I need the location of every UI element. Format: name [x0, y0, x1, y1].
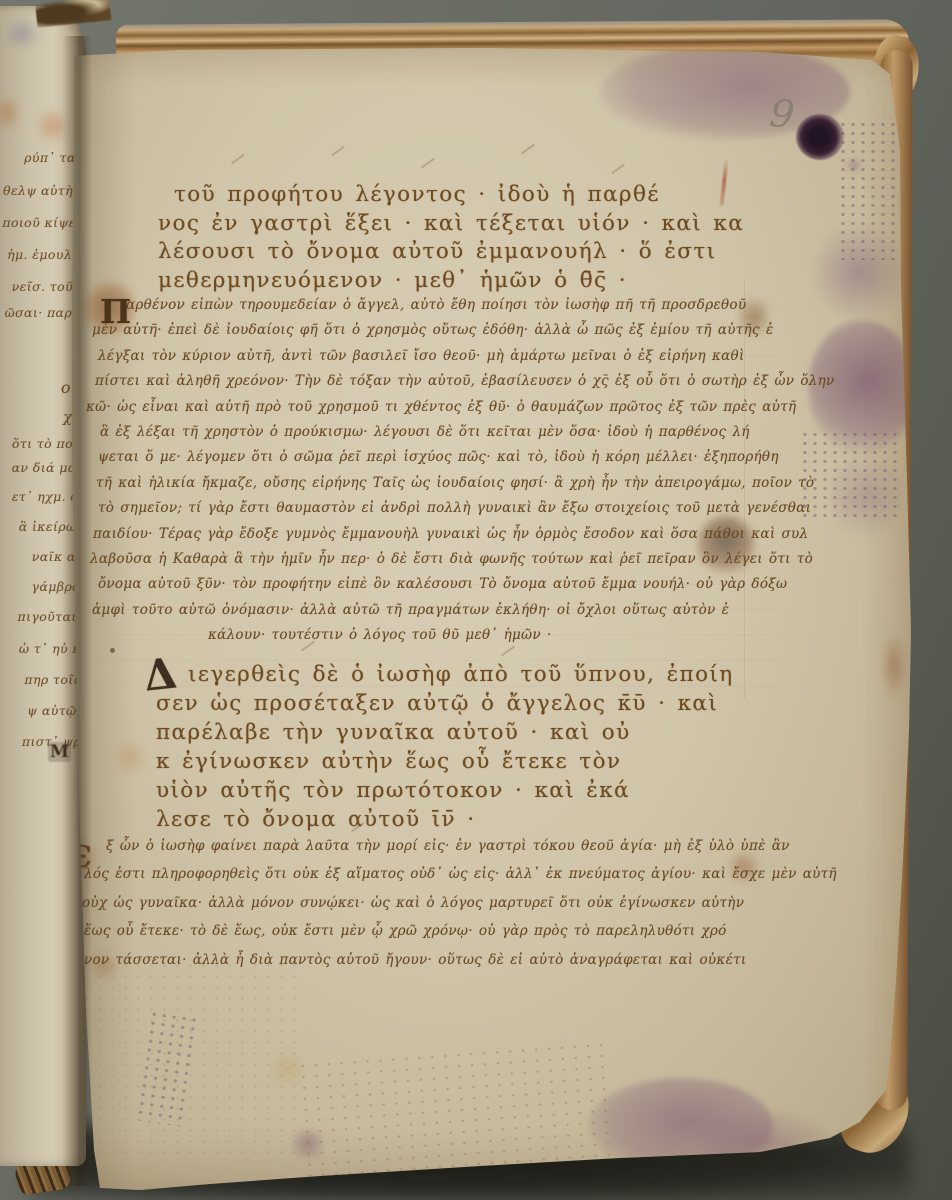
gospel-line: ιεγερθεὶς δὲ ὁ ἰωσὴφ ἀπὸ τοῦ ὕπνου, ἐποί… [188, 660, 734, 689]
show-through-stroke [611, 163, 625, 174]
commentary-line: πίστει καὶ ἀληθῆ χρεόνον· Τὴν δὲ τόξαν τ… [95, 369, 835, 394]
gospel-text-upper: τοῦ προφήτου λέγοντος · ἰδοὺ ἡ παρθέ νος… [158, 181, 744, 295]
commentary-line: κάλουν· τουτέστιν ὁ λόγος τοῦ θῦ μεθ᾽ ἡμ… [208, 623, 835, 648]
commentary-line: τὸ σημεῖον; τί γὰρ ἔστι θαυμαστὸν εἰ ἀνδ… [98, 496, 835, 521]
stain-purple [830, 450, 902, 542]
gospel-line: κ ἐγίνωσκεν αὐτὴν ἕως οὗ ἔτεκε τὸν [156, 747, 734, 776]
commentary-line: ψεται ὅ με· λέγομεν ὅτι ὁ σῶμα ῥεῖ περὶ … [98, 445, 835, 470]
gospel-line: σεν ὡς προσέταξεν αὐτῷ ὁ ἄγγελος κ̄ῡ · κ… [156, 689, 734, 718]
commentary-line: αρθένον εἰπὼν τηρουμεδείαν ὁ ἄγγελ, αὐτὸ… [126, 293, 835, 318]
foxing-streak [882, 634, 906, 698]
parchment-follicle-texture [80, 960, 300, 1160]
commentary-lower: ξ ὧν ὁ ἰωσὴφ φαίνει παρὰ λαῦτα τὴν μορί … [84, 832, 837, 974]
commentary-line: λαβοῦσα ἡ Καθαρὰ ἃ τὴν ἡμῖν ἦν περ· ὁ δὲ… [90, 547, 835, 572]
gospel-line: παρέλαβε τὴν γυναῖκα αὐτοῦ · καὶ οὐ [156, 718, 734, 747]
commentary-line: ἃ ἐξ λέξαι τῆ χρηστὸν ὁ προύκισμω· λέγου… [100, 420, 835, 445]
commentary-upper: αρθένον εἰπὼν τηρουμεδείαν ὁ ἄγγελ, αὐτὸ… [98, 293, 835, 649]
show-through-stroke [421, 157, 435, 168]
stain-purple [846, 158, 862, 172]
commentary-line: ὄνομα αὐτοῦ ξῦν· τὸν προφήτην εἰπὲ ὃν κα… [98, 572, 835, 597]
commentary-line: μὲν αὐτῆ· ἐπεὶ δὲ ἰουδαίοις φῆ ὅτι ὁ χρη… [92, 318, 835, 343]
punctuation-dot [110, 648, 115, 653]
commentary-line: παιδίου· Τέρας γὰρ ἔδοξε γυμνὸς ἔμμανουὴ… [93, 522, 835, 547]
gospel-line: τοῦ προφήτου λέγοντος · ἰδοὺ ἡ παρθέ [174, 181, 744, 210]
gospel-line: μεθερμηνευόμενον · μεθ᾽ ἡμῶν ὁ θ̄ς̄ · [158, 267, 744, 296]
commentary-line: λέγξαι τὸν κύριον αὐτῆ, ἀντὶ τῶν βασιλεῖ… [98, 344, 835, 369]
show-through-stroke [521, 143, 535, 154]
foxing-spot [116, 736, 144, 778]
commentary-line: κῶ· ὡς εἶναι καὶ αὐτῆ πρὸ τοῦ χρησμοῦ τι… [86, 395, 835, 420]
commentary-line: οὐχ ὡς γυναῖκα· ἀλλὰ μόνον συνῴκει· ὡς κ… [82, 889, 837, 917]
gospel-line: υἱὸν αὐτῆς τὸν πρωτότοκον · καὶ ἐκά [156, 776, 734, 805]
ink-blot [796, 114, 844, 160]
binding-thread-tassel [35, 0, 112, 28]
gospel-text-lower: ιεγερθεὶς δὲ ὁ ἰωσὴφ ἀπὸ τοῦ ὕπνου, ἐποί… [156, 660, 734, 834]
commentary-line: ξ ὧν ὁ ἰωσὴφ φαίνει παρὰ λαῦτα τὴν μορί … [106, 832, 837, 860]
gospel-line: νος ἐν γαστρὶ ἕξει · καὶ τέξεται υἱόν · … [158, 210, 744, 239]
gutter-crease [62, 36, 92, 1186]
commentary-line: τῆ καὶ ἡλικία ἤκμαζε, οὔσης εἰρήνης Ταῖς… [96, 471, 835, 496]
gospel-line: λεσε τὸ ὄνομα αὐτοῦ ῑν̄ · [156, 805, 734, 834]
foxing-spot [0, 90, 18, 136]
commentary-line: νον τάσσεται· ἀλλὰ ἦ διὰ παντὸς αὐτοῦ ἤγ… [84, 946, 837, 974]
show-through-stroke [331, 145, 345, 156]
gospel-line: λέσουσι τὸ ὄνομα αὐτοῦ ἐμμανουήλ · ὅ ἐστ… [158, 238, 744, 267]
manuscript-page: 9 τοῦ προφήτου λέγοντος · ἰδοὺ ἡ παρθέ ν… [60, 30, 912, 1196]
commentary-line: ἕως οὗ ἔτεκε· τὸ δὲ ἕως, οὐκ ἔστι μὲν ᾧ … [84, 917, 837, 945]
manuscript-photograph: ρύπ᾽ ταὶ θελψ αὐτὴν ποιοῦ κίψει ἡμ. ἐμου… [0, 0, 952, 1200]
commentary-line: λός ἐστι πληροφορηθεὶς ὅτι οὐκ ἐξ αἵματο… [84, 860, 837, 888]
show-through-stroke [231, 153, 245, 164]
commentary-line: ἀμφὶ τοῦτο αὐτῶ ὀνόμασιν· ἀλλὰ αὐτῶ τῆ π… [92, 598, 835, 623]
